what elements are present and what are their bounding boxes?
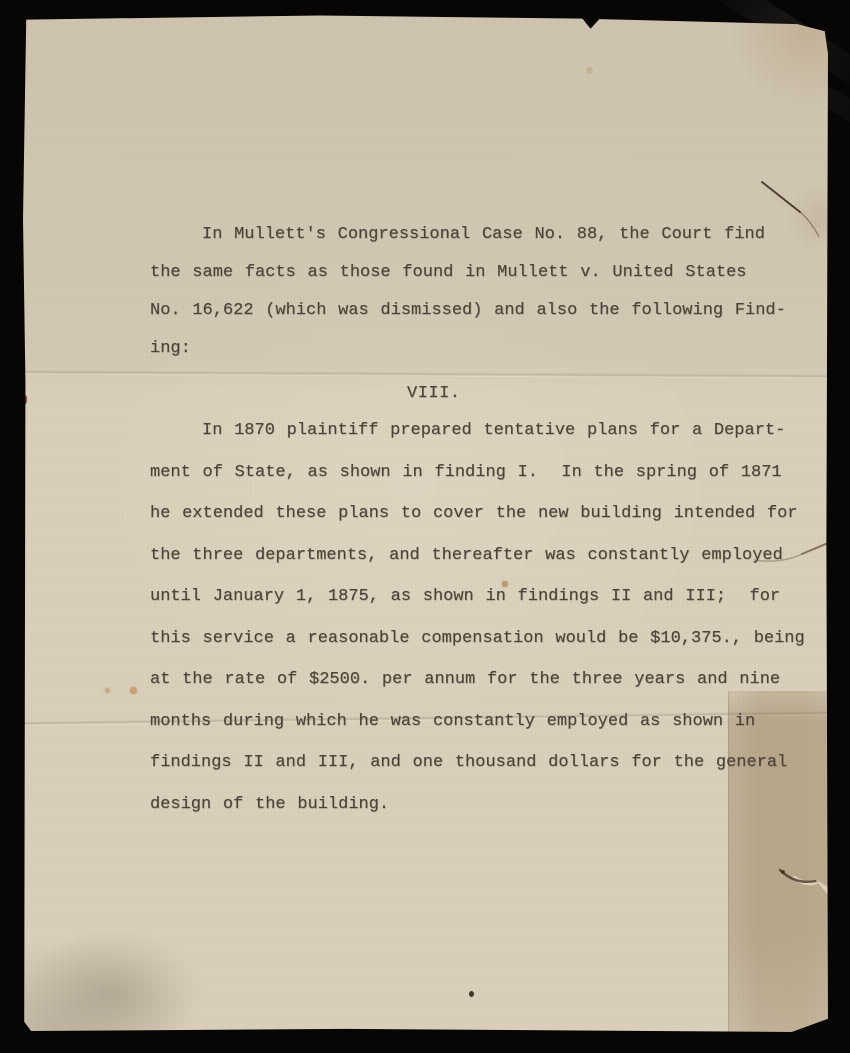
- text-line: findings II and III, and one thousand do…: [150, 742, 840, 784]
- text-line: ment of State, as shown in finding I. In…: [150, 452, 840, 494]
- text-line: months during which he was constantly em…: [150, 701, 840, 743]
- text-line: No. 16,622 (which was dismissed) and als…: [150, 292, 840, 330]
- text-line: design of the building.: [150, 784, 840, 826]
- text-line: this service a reasonable compensation w…: [150, 618, 840, 660]
- foxing-spot: [130, 687, 137, 694]
- text-line: In Mullett's Congressional Case No. 88, …: [150, 216, 840, 254]
- text-line: until January 1, 1875, as shown in findi…: [150, 576, 840, 618]
- paragraph-2: In 1870 plaintiff prepared tentative pla…: [150, 410, 840, 825]
- ink-speck: [469, 991, 474, 997]
- text-line: the three departments, and thereafter wa…: [150, 535, 840, 577]
- text-line: at the rate of $2500. per annum for the …: [150, 659, 840, 701]
- foxing-spot: [105, 688, 110, 693]
- edge-defect: [23, 395, 27, 404]
- text-line: In 1870 plaintiff prepared tentative pla…: [150, 410, 840, 452]
- paragraph-1: In Mullett's Congressional Case No. 88, …: [150, 216, 840, 368]
- text-line: he extended these plans to cover the new…: [150, 493, 840, 535]
- text-line: the same facts as those found in Mullett…: [150, 254, 840, 292]
- section-heading-viii: VIII.: [407, 373, 461, 415]
- foxing-spot: [586, 67, 593, 74]
- document-page: In Mullett's Congressional Case No. 88, …: [23, 15, 828, 1033]
- text-line: ing:: [150, 330, 840, 368]
